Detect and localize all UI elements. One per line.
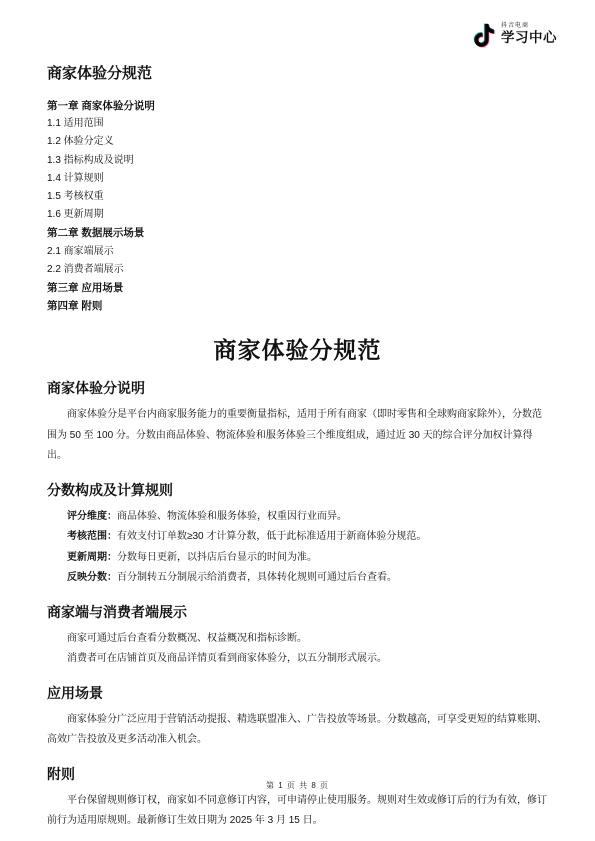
term-label: 评分维度： — [67, 511, 117, 522]
section: 应用场景商家体验分广泛应用于营销活动提报、精选联盟准入、广告投放等场景。分数越高… — [47, 683, 548, 751]
labeled-paragraph: 考核范围：有效支付订单数≥30 才计算分数，低于此标准适用于新商体验分规范。 — [67, 527, 548, 548]
section-heading: 商家体验分说明 — [47, 378, 548, 398]
term-label: 反映分数： — [67, 572, 117, 583]
toc-sub-item: 2.1 商家端展示 — [47, 243, 548, 261]
paragraph: 消费者可在店铺首页及商品详情页看到商家体验分，以五分制形式展示。 — [67, 649, 548, 670]
section-heading: 商家端与消费者端展示 — [47, 602, 548, 622]
toc-sub-item: 1.2 体验分定义 — [47, 133, 548, 151]
toc-list: 第一章 商家体验分说明1.1 适用范围1.2 体验分定义1.3 指标构成及说明1… — [47, 97, 548, 315]
page-footer: 第 1 页 共 8 页 — [0, 780, 595, 791]
term-label: 更新周期： — [67, 552, 117, 563]
toc-chapter-item: 第三章 应用场景 — [47, 279, 548, 297]
term-label: 考核范围： — [67, 531, 117, 542]
labeled-paragraph: 评分维度：商品体验、物流体验和服务体验，权重因行业而异。 — [67, 507, 548, 528]
section: 分数构成及计算规则评分维度：商品体验、物流体验和服务体验，权重因行业而异。考核范… — [47, 480, 548, 589]
toc-chapter-item: 第二章 数据展示场景 — [47, 224, 548, 242]
paragraph: 商家体验分广泛应用于营销活动提报、精选联盟准入、广告投放等场景。分数越高，可享受… — [47, 710, 548, 751]
section-heading: 分数构成及计算规则 — [47, 480, 548, 500]
toc-sub-item: 1.1 适用范围 — [47, 115, 548, 133]
labeled-paragraph: 反映分数：百分制转五分制展示给消费者，具体转化规则可通过后台查看。 — [67, 568, 548, 589]
section: 商家体验分说明商家体验分是平台内商家服务能力的重要衡量指标，适用于所有商家（即时… — [47, 378, 548, 467]
brand-small-label: 抖音电商 — [501, 23, 557, 30]
tiktok-note-icon — [471, 21, 496, 48]
toc-sub-item: 1.5 考核权重 — [47, 188, 548, 206]
toc-title: 商家体验分规范 — [47, 62, 548, 83]
logo: 抖音电商 学习中心 — [471, 21, 557, 48]
paragraph: 商家体验分是平台内商家服务能力的重要衡量指标，适用于所有商家（即时零售和全球购商… — [47, 405, 548, 467]
toc-sub-item: 1.4 计算规则 — [47, 170, 548, 188]
brand-text: 抖音电商 学习中心 — [501, 23, 557, 45]
toc-sub-item: 1.3 指标构成及说明 — [47, 152, 548, 170]
section: 附则平台保留规则修订权，商家如不同意修订内容，可申请停止使用服务。规则对生效或修… — [47, 764, 548, 832]
document-page: 抖音电商 学习中心 商家体验分规范 第一章 商家体验分说明1.1 适用范围1.2… — [0, 0, 595, 841]
paragraph: 平台保留规则修订权，商家如不同意修订内容，可申请停止使用服务。规则对生效或修订后… — [47, 791, 548, 832]
paragraph: 商家可通过后台查看分数概况、权益概况和指标诊断。 — [67, 629, 548, 650]
section-heading: 应用场景 — [47, 683, 548, 703]
toc-chapter-item: 第四章 附则 — [47, 297, 548, 315]
section: 商家端与消费者端展示商家可通过后台查看分数概况、权益概况和指标诊断。消费者可在店… — [47, 602, 548, 670]
toc-sub-item: 1.6 更新周期 — [47, 206, 548, 224]
toc-chapter-item: 第一章 商家体验分说明 — [47, 97, 548, 115]
toc-sub-item: 2.2 消费者端展示 — [47, 261, 548, 279]
sections: 商家体验分说明商家体验分是平台内商家服务能力的重要衡量指标，适用于所有商家（即时… — [47, 378, 548, 832]
doc-title: 商家体验分规范 — [47, 332, 548, 365]
labeled-paragraph: 更新周期：分数每日更新，以抖店后台显示的时间为准。 — [67, 548, 548, 569]
brand-main-label: 学习中心 — [501, 31, 557, 46]
